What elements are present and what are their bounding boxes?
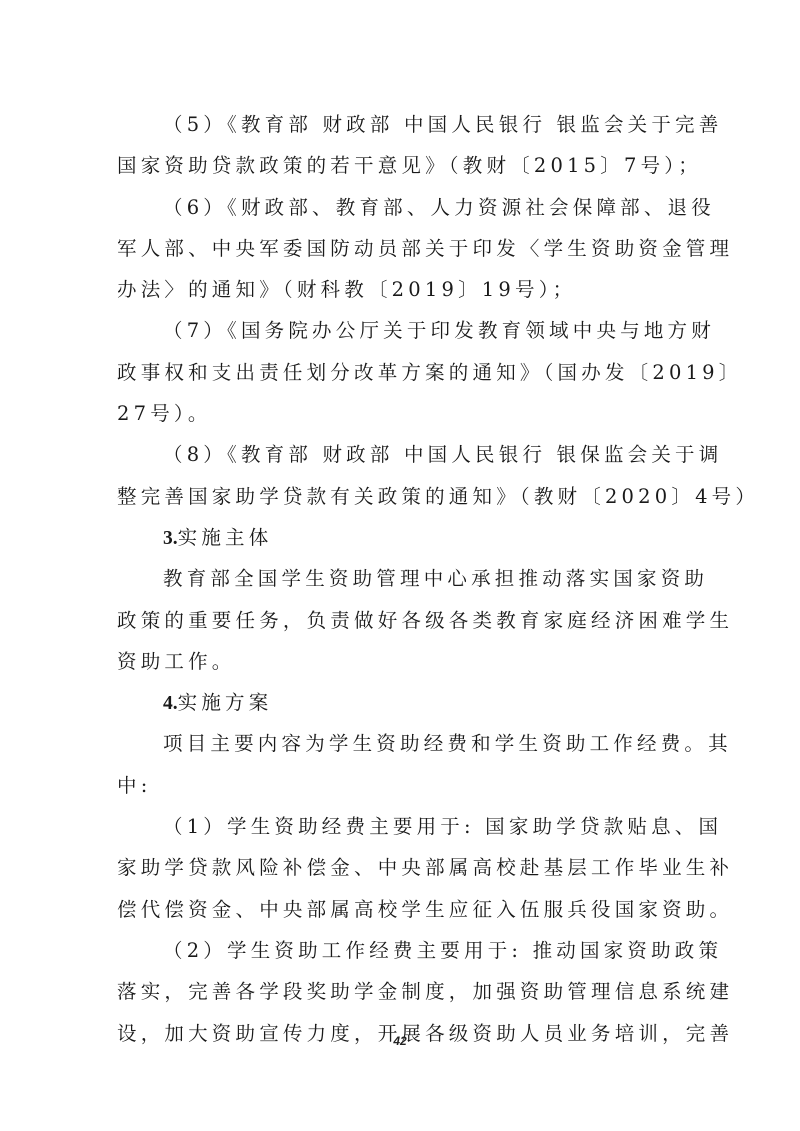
section-4-title: 实施方案 (178, 691, 273, 714)
section-4-heading: 4.实施方案 (117, 682, 693, 723)
section-4-item-1-line-2: 家助学贷款风险补偿金、中央部属高校赴基层工作毕业生补 (117, 847, 693, 888)
section-3-para-line-3: 资助工作。 (117, 641, 693, 682)
reference-item-7-line-3: 27号）。 (117, 393, 693, 434)
page-body: （5）《教育部 财政部 中国人民银行 银监会关于完善 国家资助贷款政策的若干意见… (117, 104, 693, 1054)
section-4-item-2-line-2: 落实，完善各学段奖助学金制度，加强资助管理信息系统建 (117, 971, 693, 1012)
section-3-title: 实施主体 (178, 526, 273, 549)
reference-item-6-line-1: （6）《财政部、教育部、人力资源社会保障部、退役 (117, 187, 693, 228)
reference-item-8-line-2: 整完善国家助学贷款有关政策的通知》（教财〔2020〕4号） (117, 476, 693, 517)
section-4-para-line-2: 中: (117, 765, 693, 806)
reference-item-8-line-1: （8）《教育部 财政部 中国人民银行 银保监会关于调 (117, 434, 693, 475)
document-page: （5）《教育部 财政部 中国人民银行 银监会关于完善 国家资助贷款政策的若干意见… (0, 0, 800, 1131)
page-number: 42 (0, 1034, 800, 1048)
section-3-number: 3. (163, 528, 178, 549)
section-4-para-line-1: 项目主要内容为学生资助经费和学生资助工作经费。其 (117, 723, 693, 764)
section-4-number: 4. (163, 693, 178, 714)
section-3-para-line-2: 政策的重要任务，负责做好各级各类教育家庭经济困难学生 (117, 600, 693, 641)
section-3-heading: 3.实施主体 (117, 517, 693, 558)
reference-item-6-line-2: 军人部、中央军委国防动员部关于印发〈学生资助资金管理 (117, 228, 693, 269)
reference-item-5-line-2: 国家资助贷款政策的若干意见》（教财〔2015〕7号）； (117, 145, 693, 186)
section-3-para-line-1: 教育部全国学生资助管理中心承担推动落实国家资助 (117, 558, 693, 599)
reference-item-6-line-3: 办法〉的通知》（财科教〔2019〕19号）； (117, 269, 693, 310)
reference-item-5-line-1: （5）《教育部 财政部 中国人民银行 银监会关于完善 (117, 104, 693, 145)
section-4-item-1-line-1: （1）学生资助经费主要用于: 国家助学贷款贴息、国 (117, 806, 693, 847)
section-4-item-2-line-1: （2）学生资助工作经费主要用于: 推动国家资助政策 (117, 930, 693, 971)
reference-item-7-line-1: （7）《国务院办公厅关于印发教育领域中央与地方财 (117, 310, 693, 351)
reference-item-7-line-2: 政事权和支出责任划分改革方案的通知》（国办发〔2019〕 (117, 352, 693, 393)
section-4-item-1-line-3: 偿代偿资金、中央部属高校学生应征入伍服兵役国家资助。 (117, 889, 693, 930)
